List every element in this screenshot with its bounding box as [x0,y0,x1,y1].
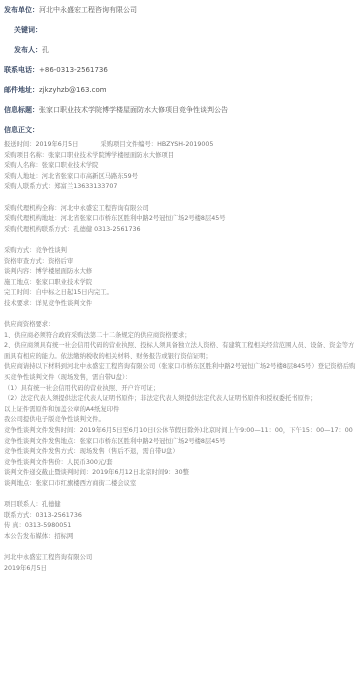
keywords-label: 关键词： [14,26,42,34]
buyer-name: 采购人名称：张家口职业技术学院 [4,161,360,172]
signature-company: 河北中永盛宏工程咨询有限公司 [4,553,360,564]
publishing-media: 本公告发布媒体：招标网 [4,532,360,543]
title-row: 信息标题：张家口职业技术学院博学楼屋面防水大修项目竞争性谈判公告 [4,105,228,115]
supplier-req-title: 供应商资格要求： [4,320,360,331]
phone-value: +86-0313-2561736 [39,66,108,74]
construction-site: 施工地点：张家口职业技术学院 [4,278,360,289]
project-contact: 项目联系人：孔德健 [4,500,360,511]
announcement-body: 报送时间：2019年6月5日采购项目文件编号：HBZYSH-2019005 采购… [4,140,360,574]
fax-number: 传 真：0313-5980051 [4,521,360,532]
keywords-row: 关键词： [14,25,42,35]
requirement-3-3: 以上证件需原件和加盖公章的A4纸复印件 [4,405,360,416]
buyer-address: 采购人地址：河北省张家口市高新区马路东59号 [4,172,360,183]
file-number: 采购项目文件编号：HBZYSH-2019005 [100,141,213,148]
electronic-file-note: 我公司提供电子版竞争性谈判文件。 [4,415,360,426]
sale-place: 竞争性谈判文件发售地点：张家口市桥东区胜利中路2号冠恒广场2号楼8层45号 [4,437,360,448]
requirement-3: 供应商请持以下材料到河北中永盛宏工程咨询有限公司（张家口市桥东区胜利中路2号冠恒… [4,362,360,383]
project-name: 采购项目名称：张家口职业技术学院博学楼屋面防水大修项目 [4,151,360,162]
procurement-method: 采购方式：竞争性谈判 [4,246,360,257]
contact-phone: 联系方式：0313-2561736 [4,511,360,522]
requirement-1: 1、供应商必须符合政府采购法第二十二条规定的供应商资格要求； [4,331,360,342]
submission-deadline: 谈判文件递交截止暨谈判时间：2019年6月12日北京时间9：30整 [4,468,360,479]
agency-address: 采购代理机构地址：河北省张家口市桥东区胜利中路2号冠恒广场2号楼8层45号 [4,214,360,225]
poster-label: 发布人： [14,46,42,54]
title-value: 张家口职业技术学院博学楼屋面防水大修项目竞争性谈判公告 [39,106,228,114]
email-label: 邮件地址： [4,86,39,94]
poster-value: 孔 [42,46,49,54]
report-time: 报送时间：2019年6月5日 [4,141,78,148]
negotiation-venue: 谈判地点：张家口市红旗楼西方商街二楼会议室 [4,479,360,490]
title-label: 信息标题： [4,106,39,114]
body-heading: 信息正文： [4,125,39,135]
poster-row: 发布人：孔 [14,45,49,55]
tech-requirements: 技术要求：详见竞争性谈判文件 [4,299,360,310]
buyer-contact: 采购人联系方式：郑富兰13633133707 [4,182,360,193]
sale-method: 竞争性谈判文件发售方式：现场发售（售后不退，需自带U盘） [4,447,360,458]
requirement-2: 2、供应商须具有统一社会信用代码的营业执照、投标人须具备独立法人资格、有建筑工程… [4,341,360,362]
publisher-value: 河北中永盛宏工程咨询有限公司 [39,6,137,14]
report-line: 报送时间：2019年6月5日采购项目文件编号：HBZYSH-2019005 [4,140,360,151]
agency-name: 采购代理机构全称：河北中永盛宏工程咨询有限公司 [4,204,360,215]
negotiation-content: 谈判内容：博学楼屋面防水大修 [4,267,360,278]
publisher-label: 发布单位： [4,6,39,14]
qualification-review: 资格审查方式：资格后审 [4,257,360,268]
email-row: 邮件地址：zjkzyhzb@163.com [4,85,107,95]
requirement-3-1: （1）具有统一社会信用代码的营业执照、开户许可证； [4,384,360,395]
email-value[interactable]: zjkzyhzb@163.com [39,86,107,94]
phone-row: 联系电话：+86-0313-2561736 [4,65,108,75]
agency-contact: 采购代理机构联系方式：孔德健 0313-2561736 [4,225,360,236]
signature-date: 2019年6月5日 [4,564,360,575]
completion-time: 完工时间：自中标之日起15日内完工。 [4,288,360,299]
sale-time: 竞争性谈判文件发售时间：2019年6月5日至6月10日(公休节假日除外)北京时间… [4,426,360,437]
sale-price: 竞争性谈判文件售价：人民币300元/套 [4,458,360,469]
phone-label: 联系电话： [4,66,39,74]
announcement-page: 发布单位：河北中永盛宏工程咨询有限公司 关键词： 发布人：孔 联系电话：+86-… [0,0,363,687]
publisher-row: 发布单位：河北中永盛宏工程咨询有限公司 [4,5,137,15]
requirement-3-2: （2）法定代表人须提供法定代表人证明书原件；非法定代表人须提供法定代表人证明书原… [4,394,360,405]
